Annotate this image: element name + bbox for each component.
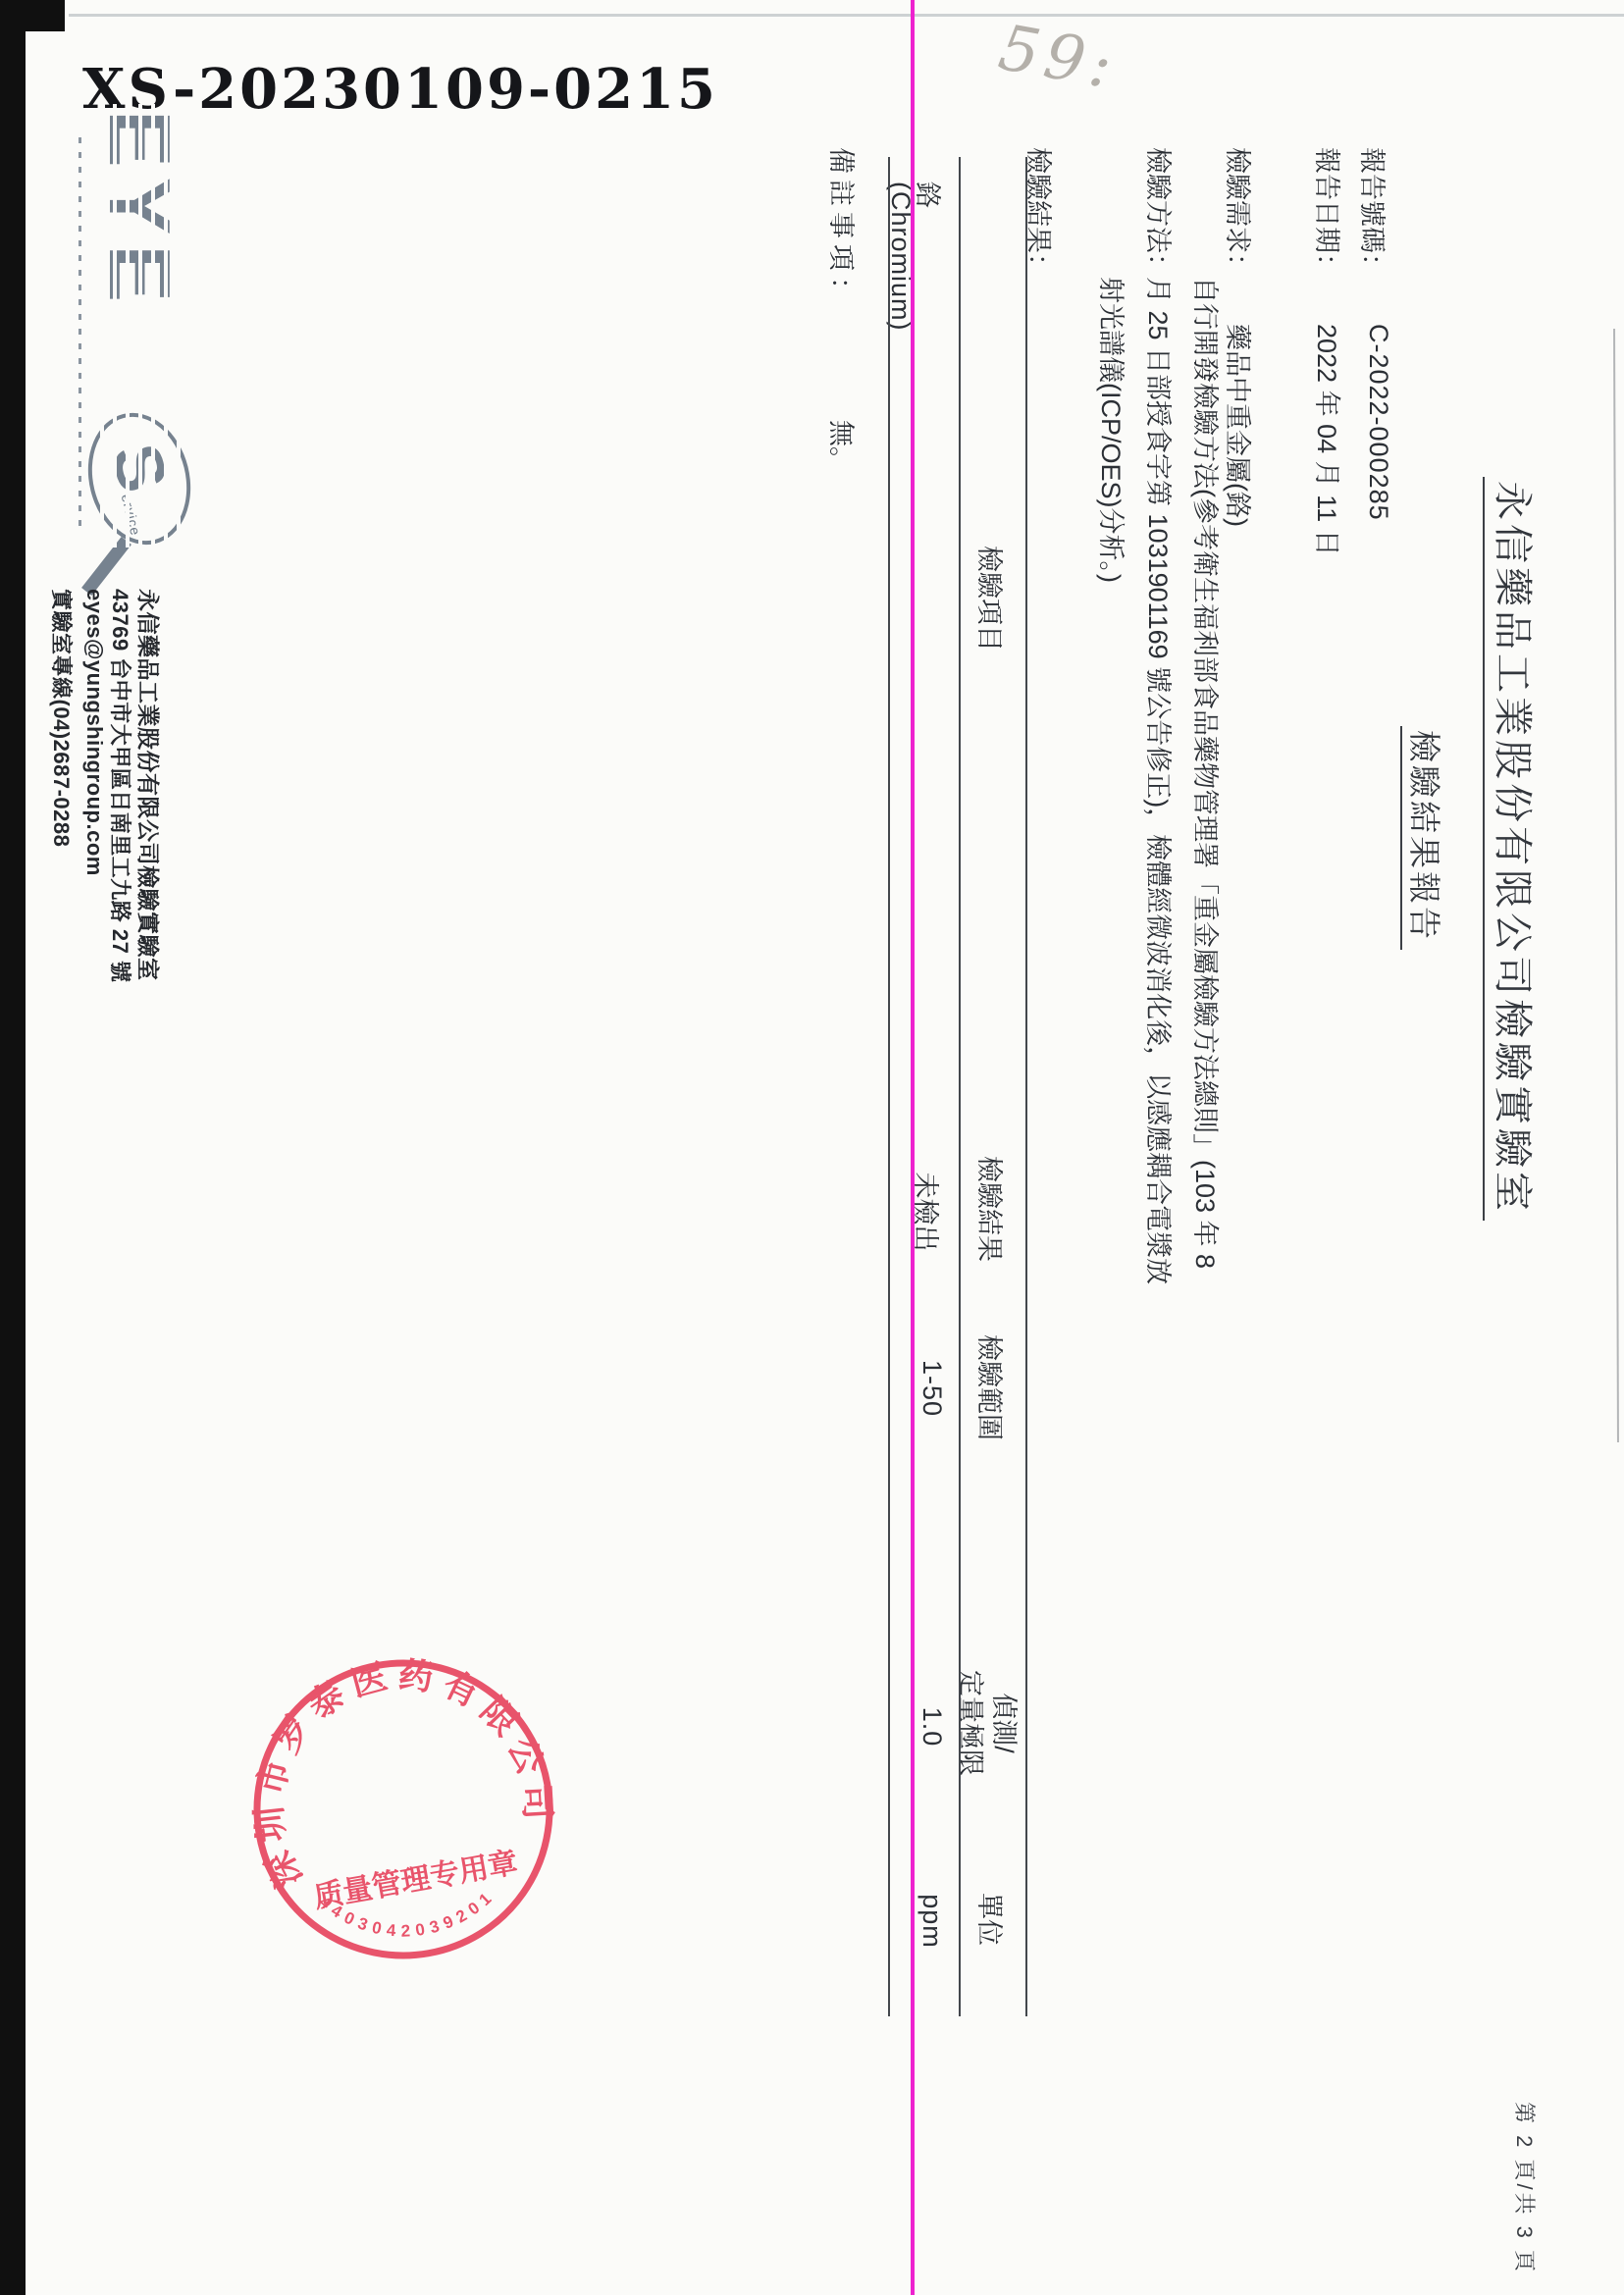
table-cell-limit: 1.0 [917, 1707, 947, 1747]
remark-value: 無。 [824, 420, 863, 473]
subtitle-underline [1400, 726, 1402, 950]
test-method-label: 檢驗方法： [1141, 147, 1179, 280]
footer-company-name: 永信藥品工業股份有限公司檢驗實驗室 [133, 589, 166, 981]
table-bottom-border [888, 157, 890, 2016]
table-header-item: 檢驗項目 [972, 546, 1011, 652]
report-no-value: C-2022-000285 [1363, 324, 1393, 521]
table-top-border [1025, 157, 1027, 2016]
table-header-divider [959, 157, 961, 2016]
footer-address: 43769 台中市大甲區日南里工九路 27 號 [106, 589, 136, 983]
test-request-label: 檢驗需求： [1221, 147, 1259, 280]
report-no-label: 報告號碼： [1355, 147, 1393, 280]
table-cell-range: 1-50 [917, 1360, 947, 1417]
report-title-doc-type: 檢驗結果報告 [1403, 730, 1449, 942]
rotated-report-body: 永信藥品工業股份有限公司檢驗實驗室 檢驗結果報告 報告號碼： C-2022-00… [0, 0, 1624, 2295]
table-cell-item: 鉻 [911, 182, 949, 208]
red-company-stamp: 深圳市罗泰医药有限公司 质量管理专用章 4403042039201 [222, 1628, 586, 1992]
test-method-line3: 射光譜儀(ICP/OES)分析。) [1094, 277, 1132, 583]
footer-email: eyes@yungshingroup.com [81, 589, 107, 876]
logo-stripe-overlay [91, 104, 189, 548]
scanned-report-page: { "scan": { "document_id": "XS-20230109-… [0, 0, 1624, 2295]
table-cell-unit: ppm [917, 1894, 947, 1949]
report-date-label: 報告日期： [1310, 147, 1348, 280]
table-header-unit: 單位 [972, 1893, 1011, 1946]
logo-tagline-dots [79, 137, 81, 530]
test-method-line2: 月 25 日部授食字第 1031901169 號公告修正)，檢體經微波消化後，以… [1141, 277, 1179, 1284]
report-title-company: 永信藥品工業股份有限公司檢驗實驗室 [1488, 481, 1544, 1215]
stamp-graphic: 深圳市罗泰医药有限公司 质量管理专用章 4403042039201 [222, 1628, 586, 1992]
table-header-limit-line1: 偵測/ [987, 1693, 1025, 1753]
remark-label: 備註事項： [824, 147, 863, 309]
footer-phone: 實驗室專線(04)2687-0288 [47, 589, 78, 847]
table-header-result: 檢驗結果 [972, 1156, 1011, 1262]
page-indicator: 第 2 頁/共 3 頁 [1510, 2102, 1541, 2274]
magenta-separator-line [911, 0, 915, 2295]
table-header-range: 檢驗範圍 [972, 1334, 1011, 1440]
title-underline [1483, 477, 1485, 1221]
report-date-value: 2022 年 04 月 11 日 [1310, 324, 1348, 556]
test-method-line1: 自行開發檢驗方法(參考衛生福利部食品藥物管理署「重金屬檢驗方法總則」(103 年… [1188, 277, 1227, 1269]
